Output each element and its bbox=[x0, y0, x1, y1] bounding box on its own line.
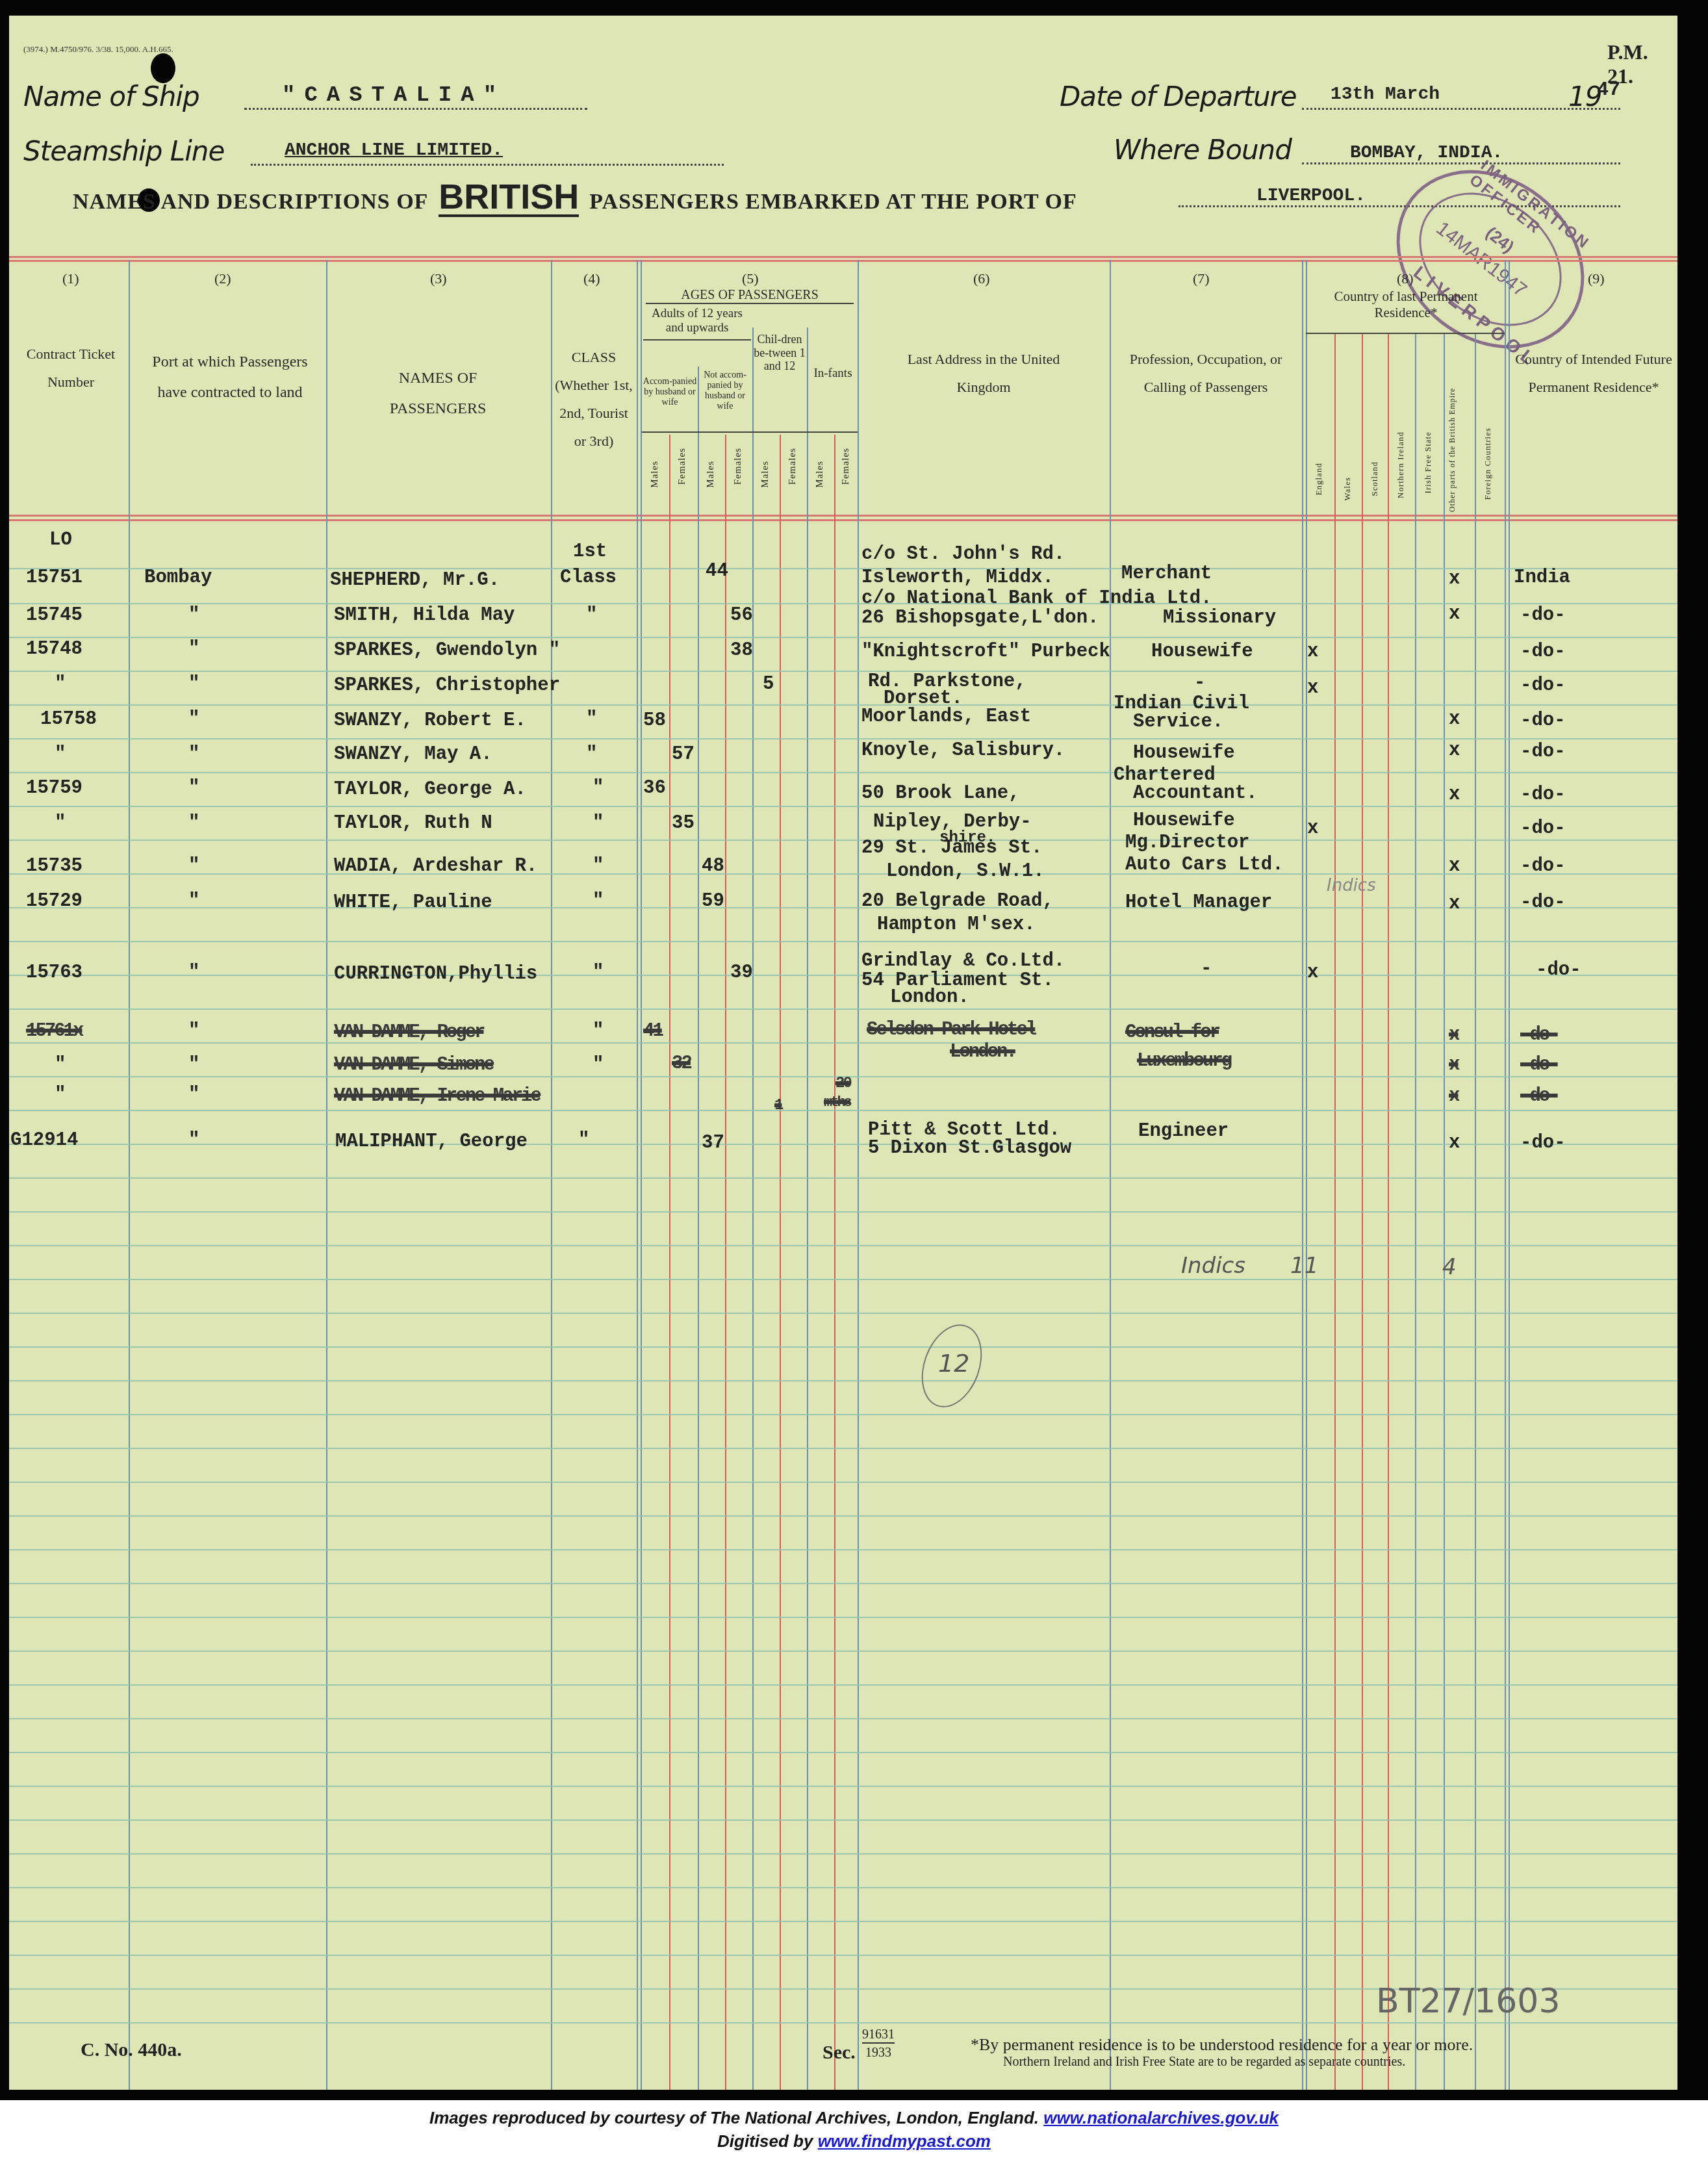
residence-mark: x bbox=[1307, 677, 1318, 699]
col9-header: Country of Intended Future Permanent Res… bbox=[1512, 346, 1675, 402]
national-archives-link[interactable]: www.nationalarchives.gov.uk bbox=[1043, 2108, 1279, 2127]
reference-number: BT27/1603 bbox=[1376, 1982, 1560, 2021]
future-residence: -do- bbox=[1520, 1132, 1566, 1153]
bound-label: Where Bound bbox=[1114, 134, 1292, 166]
future-residence: -do- bbox=[1520, 892, 1566, 913]
future-residence: -do- bbox=[1520, 855, 1566, 877]
ticket-number: 15759 bbox=[26, 777, 83, 799]
class: " bbox=[586, 743, 597, 765]
port-of-landing: " bbox=[188, 673, 199, 695]
class: " bbox=[578, 1129, 589, 1151]
class: Class bbox=[560, 567, 617, 588]
ticket-number: " bbox=[55, 743, 66, 765]
findmypast-link[interactable]: www.findmypast.com bbox=[818, 2131, 991, 2151]
occupation: Housewife bbox=[1133, 742, 1235, 764]
females-label: Females bbox=[787, 448, 798, 485]
occupation-line-1: Mg.Director bbox=[1125, 832, 1249, 853]
passenger-list-form: (3974.) M.4750/976. 3/38. 15,000. A.H.66… bbox=[9, 16, 1677, 2090]
future-residence: -do- bbox=[1520, 641, 1566, 662]
future-residence: -do- bbox=[1520, 1024, 1558, 1046]
form-title: NAMES AND DESCRIPTIONS OF BRITISH PASSEN… bbox=[73, 179, 1077, 217]
occupation: Hotel Manager bbox=[1125, 892, 1272, 913]
class: " bbox=[593, 855, 604, 877]
residence-mark: x bbox=[1449, 708, 1460, 730]
country-northern-ireland: Northern Ireland bbox=[1396, 431, 1406, 498]
occupation: Luxembourg bbox=[1137, 1050, 1230, 1072]
port-of-landing: " bbox=[188, 1020, 199, 1042]
port-of-landing: " bbox=[188, 962, 199, 983]
residence-mark: x bbox=[1449, 855, 1460, 877]
ticket-number: 15729 bbox=[26, 890, 83, 912]
print-code: (3974.) M.4750/976. 3/38. 15,000. A.H.66… bbox=[23, 44, 173, 55]
ticket-number: 15761x bbox=[26, 1020, 82, 1042]
footnote-1: *By permanent residence is to be underst… bbox=[971, 2035, 1473, 2055]
bound-value: BOMBAY, INDIA. bbox=[1350, 143, 1503, 163]
country-scotland: Scotland bbox=[1370, 461, 1380, 496]
passenger-name: TAYLOR, George A. bbox=[334, 778, 526, 800]
residence-mark: x bbox=[1449, 1132, 1460, 1153]
males-label: Males bbox=[760, 461, 771, 488]
occupation: Housewife bbox=[1133, 810, 1235, 831]
port-value: LIVERPOOL. bbox=[1256, 186, 1366, 206]
passenger-name: SPARKES, Gwendolyn " bbox=[334, 639, 560, 661]
age: 58 bbox=[643, 710, 666, 731]
ticket-number: 15751 bbox=[26, 567, 83, 588]
residence-mark: x bbox=[1307, 962, 1318, 983]
passenger-name: VAN DAMME, Roger bbox=[334, 1021, 483, 1043]
occupation: Auto Cars Ltd. bbox=[1125, 854, 1284, 875]
line-name: ANCHOR LINE LIMITED. bbox=[285, 140, 503, 161]
not-accompanied-header: Not accom-panied by husband or wife bbox=[698, 370, 752, 412]
address-line-2: London. bbox=[950, 1041, 1015, 1062]
address-line-1: "Knightscroft" Purbeck bbox=[861, 641, 1110, 662]
class: " bbox=[593, 1020, 604, 1042]
ship-label: Name of Ship bbox=[23, 81, 199, 112]
departure-year-suffix: 47 bbox=[1597, 79, 1620, 101]
infant-age-unit: mths bbox=[824, 1094, 850, 1111]
ticket-number: 15745 bbox=[26, 604, 83, 626]
ticket-number: 15763 bbox=[26, 962, 83, 983]
age: 36 bbox=[643, 777, 666, 799]
address-line-2: Isleworth, Middx. bbox=[861, 567, 1054, 588]
males-label: Males bbox=[815, 461, 826, 488]
address-line-1: c/o St. John's Rd. bbox=[861, 543, 1065, 565]
address-line-1: c/o National Bank of India Ltd. bbox=[861, 587, 1212, 609]
males-label: Males bbox=[650, 461, 661, 488]
digitised-credit: Digitised by www.findmypast.com bbox=[0, 2131, 1708, 2152]
age: 37 bbox=[702, 1132, 724, 1153]
future-residence: -do- bbox=[1520, 741, 1566, 762]
port-of-landing: " bbox=[188, 812, 199, 834]
country-england: England bbox=[1314, 463, 1324, 495]
passenger-name: SWANZY, Robert E. bbox=[334, 710, 526, 731]
country-irish-free-state: Irish Free State bbox=[1423, 431, 1433, 493]
occupation: - bbox=[1194, 672, 1205, 693]
address-line-3: London. bbox=[890, 986, 969, 1008]
port-of-landing: " bbox=[188, 1054, 199, 1075]
passenger-name: MALIPHANT, George bbox=[335, 1131, 528, 1152]
residence-mark: x bbox=[1449, 1085, 1458, 1107]
females-label: Females bbox=[677, 448, 688, 485]
col7-header: Profession, Occupation, or Calling of Pa… bbox=[1114, 346, 1298, 402]
ticket-number: G12914 bbox=[10, 1129, 78, 1151]
address-line-1: Selsdon Park Hotel bbox=[867, 1019, 1035, 1040]
col6-number: (6) bbox=[973, 270, 990, 287]
males-label: Males bbox=[706, 461, 717, 488]
infants-header: In-fants bbox=[808, 366, 858, 381]
port-of-landing: " bbox=[188, 777, 199, 799]
occupation: Accountant. bbox=[1133, 782, 1257, 804]
port-of-landing: " bbox=[188, 638, 199, 660]
residence-mark: x bbox=[1307, 817, 1318, 839]
col4-number: (4) bbox=[583, 270, 600, 287]
adults-header: Adults of 12 years and upwards bbox=[643, 307, 751, 340]
sec-top: 91631 bbox=[862, 2027, 895, 2044]
country-wales: Wales bbox=[1342, 477, 1353, 500]
class: " bbox=[593, 1054, 604, 1075]
col8-header: Country of last Permanent Residence* bbox=[1308, 289, 1503, 321]
future-residence: -do- bbox=[1536, 959, 1581, 981]
class: " bbox=[586, 604, 597, 626]
females-label: Females bbox=[733, 448, 744, 485]
passenger-name: TAYLOR, Ruth N bbox=[334, 812, 492, 834]
future-residence: -do- bbox=[1520, 1054, 1558, 1075]
col9-number: (9) bbox=[1588, 270, 1605, 287]
sec-bottom: 1933 bbox=[865, 2046, 891, 2061]
class-a: 1st bbox=[573, 541, 607, 562]
port-of-landing: " bbox=[188, 604, 199, 626]
infant-age: 20 bbox=[835, 1075, 850, 1092]
age: 48 bbox=[702, 855, 724, 877]
address-line-1: Grindlay & Co.Ltd. bbox=[861, 950, 1065, 971]
col3-header: NAMES OF PASSENGERS bbox=[360, 363, 516, 424]
port-of-landing: " bbox=[188, 855, 199, 877]
age: 59 bbox=[702, 890, 724, 912]
address-line-2: 5 Dixon St.Glasgow bbox=[868, 1137, 1071, 1159]
address-line-1: Knoyle, Salisbury. bbox=[861, 739, 1065, 761]
residence-mark: x bbox=[1449, 784, 1460, 805]
passenger-name: SPARKES, Christopher bbox=[334, 674, 560, 696]
age: 5 bbox=[763, 673, 774, 695]
passenger-name: SHEPHERD, Mr.G. bbox=[330, 569, 500, 591]
age: 57 bbox=[672, 743, 695, 765]
col5-number: (5) bbox=[742, 270, 759, 287]
residence-mark: x bbox=[1449, 1054, 1458, 1075]
address-line-1: 50 Brook Lane, bbox=[861, 782, 1020, 804]
class: " bbox=[593, 812, 604, 834]
circled-total: 12 bbox=[938, 1349, 969, 1378]
address-line-2: Hampton M'sex. bbox=[877, 914, 1036, 935]
col6-header: Last Address in the United Kingdom bbox=[906, 346, 1062, 402]
passenger-name: WHITE, Pauline bbox=[334, 892, 492, 913]
ticket-number: 15735 bbox=[26, 855, 83, 877]
class: " bbox=[593, 777, 604, 799]
col8-number: (8) bbox=[1397, 270, 1414, 287]
occupation: Service. bbox=[1133, 711, 1223, 732]
future-residence: -do- bbox=[1520, 1085, 1558, 1107]
residence-mark: x bbox=[1449, 893, 1460, 914]
age: 1 bbox=[774, 1097, 782, 1114]
tally-count: 11 bbox=[1290, 1253, 1318, 1279]
address-line-1: 29 St. James St. bbox=[861, 837, 1042, 858]
tally-other: 4 bbox=[1442, 1254, 1457, 1280]
port-of-landing: " bbox=[188, 1129, 199, 1151]
tally-note: Indics bbox=[1181, 1253, 1245, 1279]
margin-note: Indics bbox=[1327, 876, 1376, 895]
class: " bbox=[593, 962, 604, 983]
col3-number: (3) bbox=[430, 270, 447, 287]
occupation: Engineer bbox=[1138, 1120, 1229, 1142]
occupation: - bbox=[1201, 958, 1212, 979]
address-line-2: London, S.W.1. bbox=[886, 860, 1045, 882]
col2-number: (2) bbox=[214, 270, 231, 287]
ticket-number: 15758 bbox=[40, 708, 97, 730]
line-label: Steamship Line bbox=[23, 135, 224, 167]
archive-credit: Images reproduced by courtesy of The Nat… bbox=[0, 2108, 1708, 2128]
port-of-landing: " bbox=[188, 708, 199, 730]
future-residence: India bbox=[1514, 567, 1570, 588]
passenger-name: VAN DAMME, Irene Marie bbox=[334, 1085, 540, 1107]
children-header: Chil-dren be-tween 1 and 12 bbox=[754, 333, 806, 373]
future-residence: -do- bbox=[1520, 784, 1566, 805]
future-residence: -do- bbox=[1520, 674, 1566, 696]
passenger-name: WADIA, Ardeshar R. bbox=[334, 855, 537, 877]
departure-label: Date of Departure bbox=[1060, 81, 1297, 112]
ticket-number: 15748 bbox=[26, 638, 83, 660]
ship-dotted-line bbox=[244, 108, 587, 110]
passenger-name: VAN DAMME, Simone bbox=[334, 1054, 493, 1075]
sec-label: Sec. bbox=[822, 2042, 856, 2064]
passenger-name: SMITH, Hilda May bbox=[334, 604, 515, 626]
residence-mark: x bbox=[1449, 1024, 1458, 1046]
country-foreign: Foreign Countries bbox=[1483, 428, 1493, 500]
line-dotted-line bbox=[251, 164, 724, 166]
age: 56 bbox=[730, 604, 753, 626]
c-number: C. No. 440a. bbox=[81, 2039, 182, 2061]
ticket-number: " bbox=[55, 1084, 66, 1105]
address-line-1: Moorlands, East bbox=[861, 706, 1031, 727]
port-of-landing: " bbox=[188, 1084, 199, 1105]
col2-header: Port at which Passengers have contracted… bbox=[139, 347, 321, 408]
footnote-2: Northern Ireland and Irish Free State ar… bbox=[1003, 2055, 1405, 2070]
address-line-2: 26 Bishopsgate,L'don. bbox=[861, 607, 1099, 628]
females-label: Females bbox=[841, 448, 852, 485]
future-residence: -do- bbox=[1520, 604, 1566, 626]
age: 35 bbox=[672, 812, 695, 834]
passenger-name: SWANZY, May A. bbox=[334, 743, 492, 765]
title-suffix: PASSENGERS EMBARKED AT THE PORT OF bbox=[589, 190, 1077, 214]
residence-mark: x bbox=[1307, 641, 1318, 662]
ticket-number: " bbox=[55, 812, 66, 834]
occupation-line-1: Consul for bbox=[1125, 1021, 1219, 1043]
port-of-landing: Bombay bbox=[144, 567, 212, 588]
col4-header: CLASS (Whether 1st, 2nd, Tourist or 3rd) bbox=[555, 344, 633, 456]
col1-header: Contract Ticket Number bbox=[16, 340, 126, 396]
future-residence: -do- bbox=[1520, 817, 1566, 839]
address-line-1: 20 Belgrade Road, bbox=[861, 890, 1054, 912]
departure-date: 13th March bbox=[1331, 84, 1440, 105]
residence-mark: x bbox=[1449, 603, 1460, 624]
title-prefix: NAMES AND DESCRIPTIONS OF bbox=[73, 190, 428, 214]
title-british: BRITISH bbox=[439, 179, 579, 217]
future-residence: -do- bbox=[1520, 710, 1566, 731]
occupation: Housewife bbox=[1151, 641, 1253, 662]
port-of-landing: " bbox=[188, 890, 199, 912]
occupation: Merchant bbox=[1121, 563, 1212, 584]
age: 38 bbox=[730, 639, 753, 661]
class: " bbox=[586, 708, 597, 730]
ticket-number: " bbox=[55, 1054, 66, 1075]
country-other-british-empire: Other parts of the British Empire bbox=[1447, 385, 1467, 515]
punch-hole bbox=[151, 53, 175, 83]
accompanied-header: Accom-panied by husband or wife bbox=[642, 377, 698, 408]
col7-number: (7) bbox=[1193, 270, 1210, 287]
residence-mark: x bbox=[1449, 739, 1460, 761]
residence-mark: x bbox=[1449, 568, 1460, 589]
col5-header: AGES OF PASSENGERS bbox=[646, 287, 854, 304]
age: 44 bbox=[706, 560, 728, 582]
ticket-number: " bbox=[55, 673, 66, 695]
ship-name: "CASTALIA" bbox=[282, 83, 505, 108]
passenger-name: CURRINGTON,Phyllis bbox=[334, 963, 537, 984]
col1-number: (1) bbox=[62, 270, 79, 287]
age: 39 bbox=[730, 962, 753, 983]
age: 41 bbox=[643, 1020, 662, 1042]
class: " bbox=[593, 890, 604, 912]
age: 32 bbox=[672, 1053, 691, 1074]
port-of-landing: " bbox=[188, 743, 199, 765]
occupation: Missionary bbox=[1163, 607, 1276, 628]
ticket-prefix: LO bbox=[49, 529, 72, 550]
